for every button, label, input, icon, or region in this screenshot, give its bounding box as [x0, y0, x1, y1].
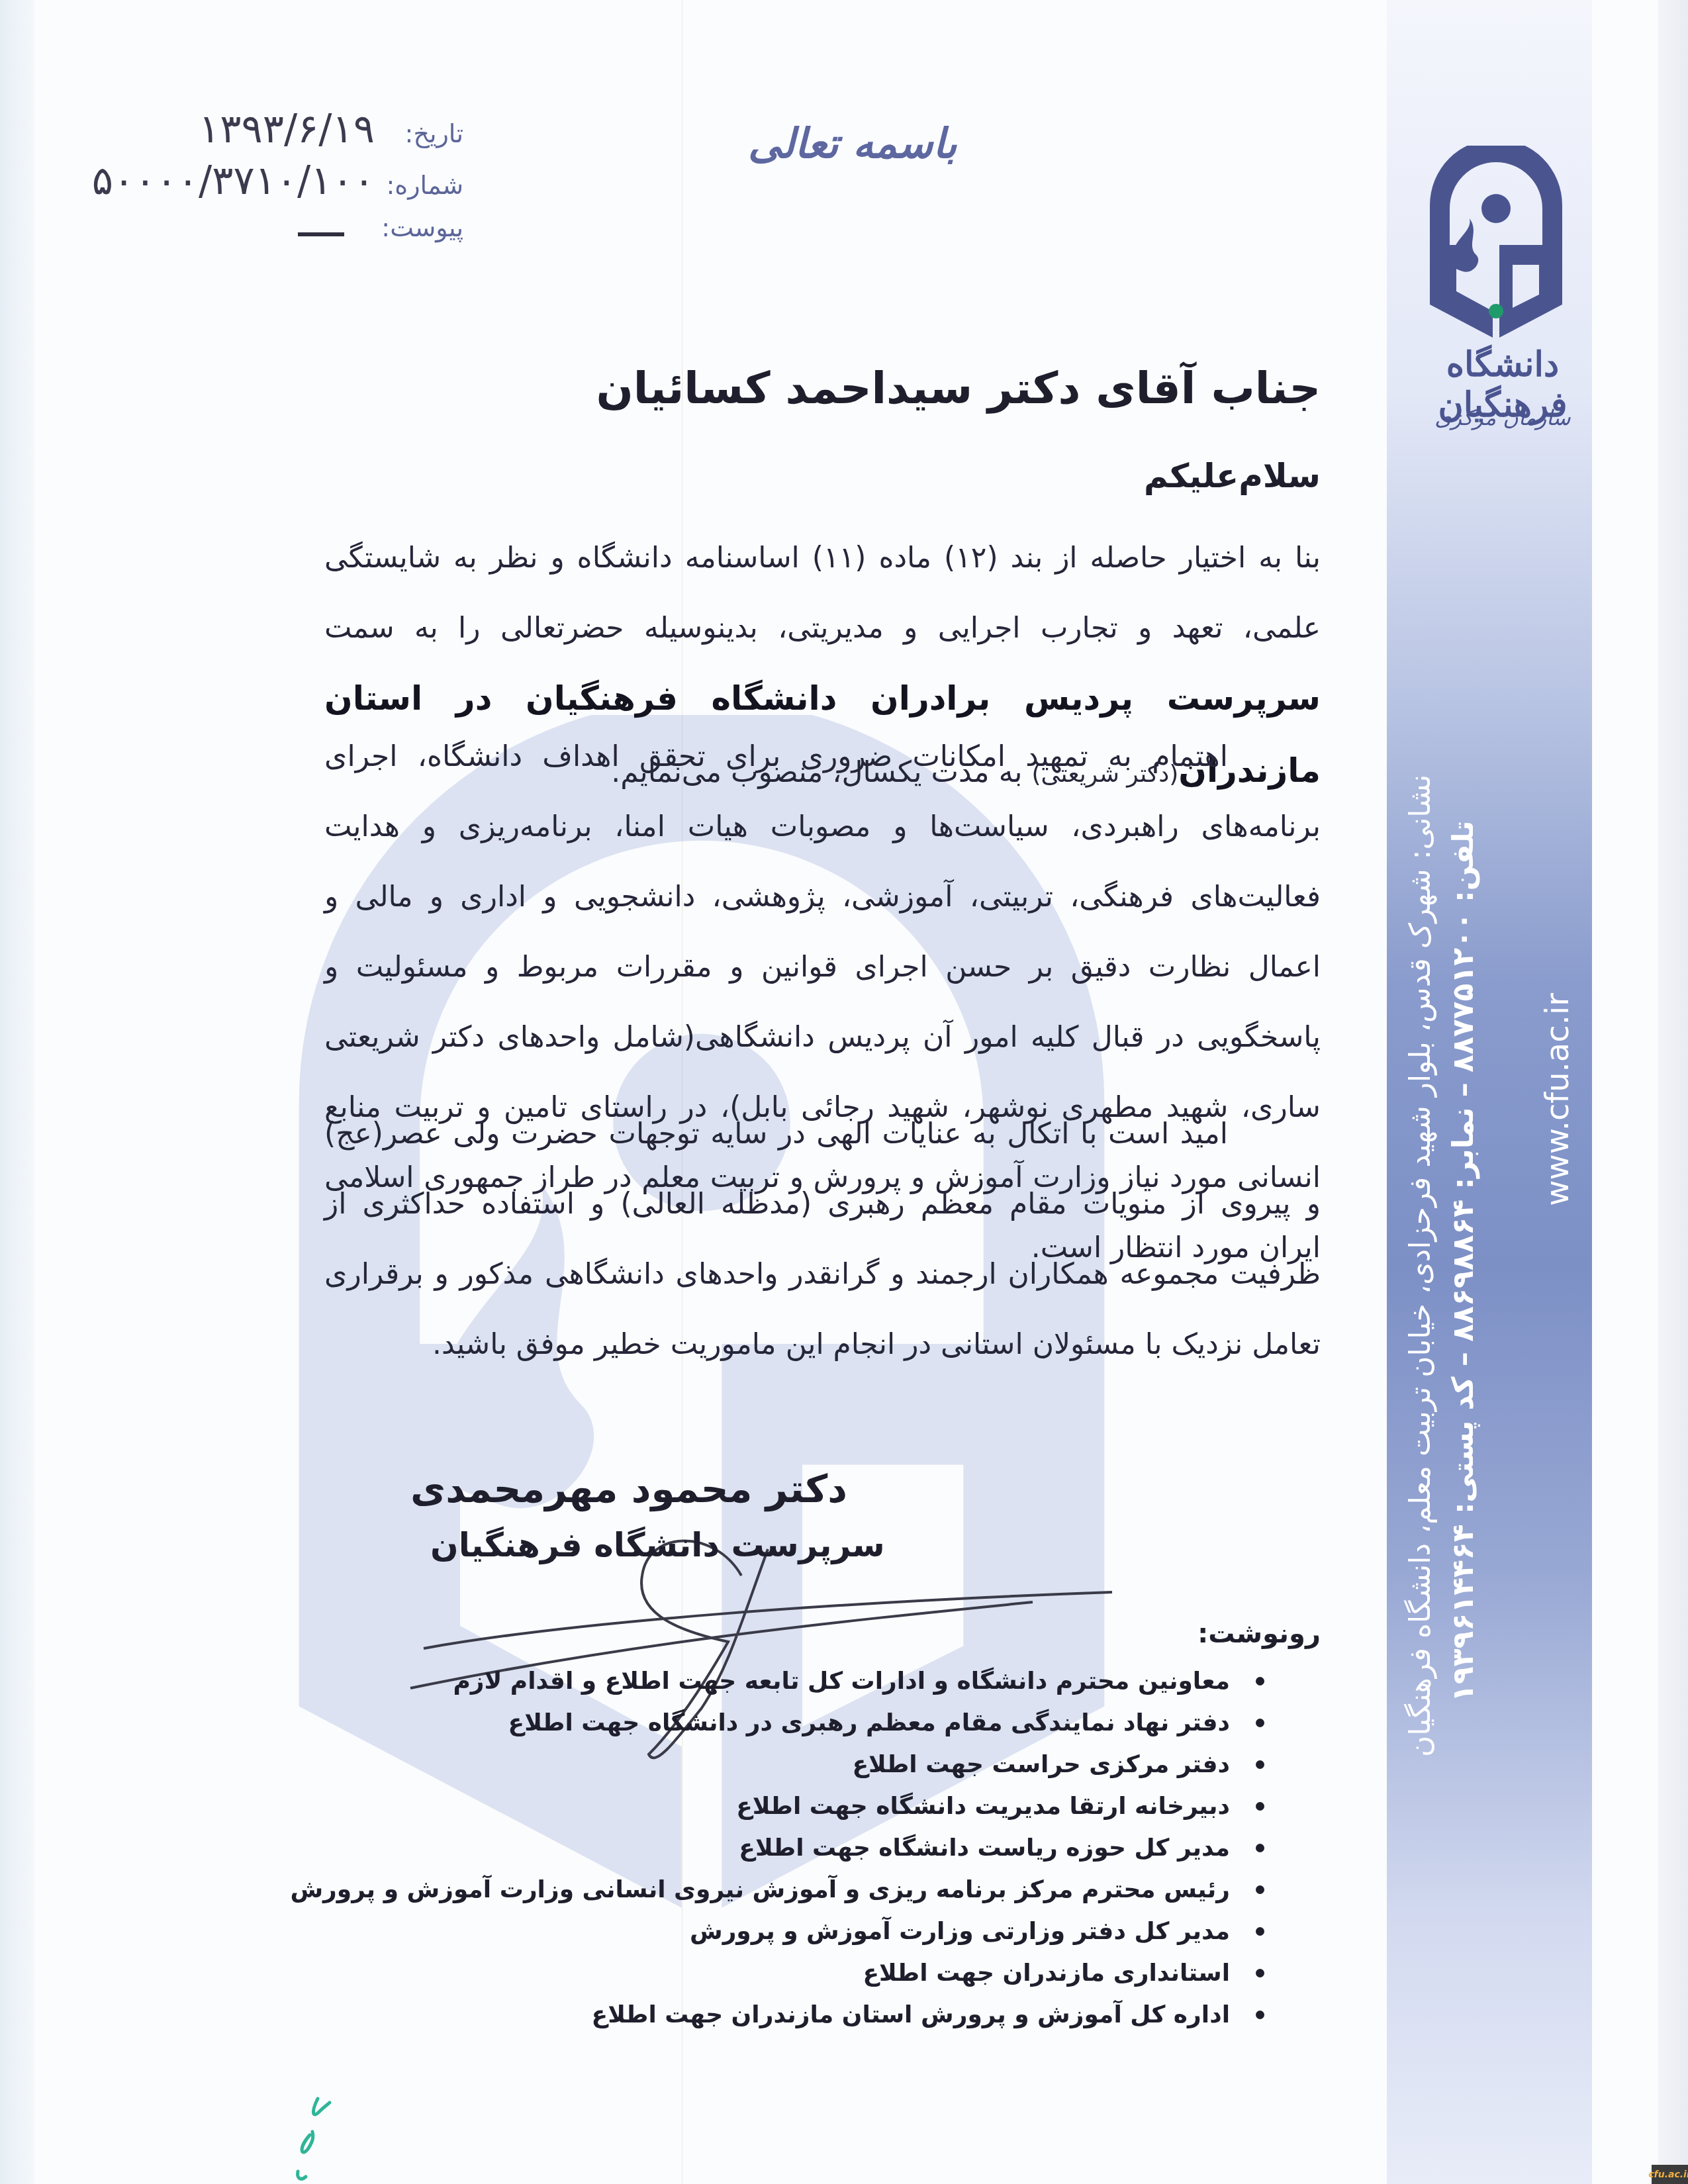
basmala-heading: باسمه تعالی — [748, 119, 957, 167]
bullet-icon — [1256, 1719, 1264, 1727]
para1-text-1: بنا به اختیار حاصله از بند (۱۲) ماده (۱۱… — [324, 541, 1321, 645]
date-row: تاریخ: ۱۳۹۳/۶/۱۹ — [92, 106, 463, 158]
cc-label: رونوشت: — [1197, 1619, 1321, 1649]
cc-item: اداره کل آموزش و پرورش استان مازندران جه… — [290, 1999, 1264, 2040]
bullet-icon — [1256, 1927, 1264, 1936]
bullet-icon — [1256, 2011, 1264, 2019]
attachment-dash — [298, 232, 344, 236]
site-watermark-badge: cfu.ac.ir — [1652, 2165, 1688, 2184]
bullet-icon — [1256, 1677, 1264, 1685]
strip-address: نشانی: شهرک قدس، بلوار شهید فرحزادی، خیا… — [1403, 775, 1437, 1834]
university-logo-icon — [1417, 146, 1575, 344]
strip-phones: تلفن: ۸۸۷۷۵۱۲۰۰ – نمابر: ۸۸۶۹۸۸۶۴ – کد پ… — [1446, 821, 1480, 1814]
cc-item: دبیرخانه ارتقا مدیریت دانشگاه جهت اطلاع — [290, 1790, 1264, 1832]
cc-item: مدیر کل حوزه ریاست دانشگاه جهت اطلاع — [290, 1832, 1264, 1874]
addressee: جناب آقای دکتر سیداحمد کسائیان — [324, 363, 1321, 414]
cc-item: معاونین محترم دانشگاه و ادارات کل تابعه … — [290, 1665, 1264, 1707]
attachment-label: پیوست: — [384, 213, 463, 242]
cc-item: رئیس محترم مرکز برنامه ریزی و آموزش نیرو… — [290, 1874, 1264, 1915]
greeting: سلام‌علیکم — [324, 457, 1321, 495]
number-label: شماره: — [384, 171, 463, 200]
bullet-icon — [1256, 1844, 1264, 1852]
date-value: ۱۳۹۳/۶/۱۹ — [199, 106, 384, 152]
letter-meta: تاریخ: ۱۳۹۳/۶/۱۹ شماره: ۵۰۰۰۰/۳۷۱۰/۱۰۰ پ… — [92, 106, 463, 265]
cc-item: استانداری مازندران جهت اطلاع — [290, 1957, 1264, 1999]
page-right-edge — [1658, 0, 1688, 2184]
number-value: ۵۰۰۰۰/۳۷۱۰/۱۰۰ — [92, 158, 384, 204]
signatory-title: سرپرست دانشگاه فرهنگیان — [430, 1526, 885, 1564]
signatory-name: دکتر محمود مهرمحمدی — [410, 1466, 847, 1511]
bullet-icon — [1256, 1885, 1264, 1894]
number-row: شماره: ۵۰۰۰۰/۳۷۱۰/۱۰۰ — [92, 158, 463, 209]
logo-subtitle: سازمان مرکزی — [1423, 405, 1582, 430]
bullet-icon — [1256, 1802, 1264, 1811]
date-label: تاریخ: — [384, 119, 463, 148]
cc-item: دفتر نهاد نمایندگی مقام معظم رهبری در دا… — [290, 1707, 1264, 1748]
paragraph-closing: امید است با اتکال به عنایات الهی در سایه… — [324, 1099, 1321, 1380]
page-left-edge — [0, 0, 34, 2184]
cc-item: دفتر مرکزی حراست جهت اطلاع — [290, 1748, 1264, 1790]
attachment-row: پیوست: — [92, 213, 463, 265]
cc-list: معاونین محترم دانشگاه و ادارات کل تابعه … — [290, 1665, 1264, 2040]
strip-website-link[interactable]: www.cfu.ac.ir — [1539, 993, 1576, 1206]
bullet-icon — [1256, 1969, 1264, 1977]
handwritten-initials-icon — [271, 2085, 351, 2184]
cc-item: مدیر کل دفتر وزارتی وزارت آموزش و پرورش — [290, 1915, 1264, 1957]
bullet-icon — [1256, 1760, 1264, 1769]
